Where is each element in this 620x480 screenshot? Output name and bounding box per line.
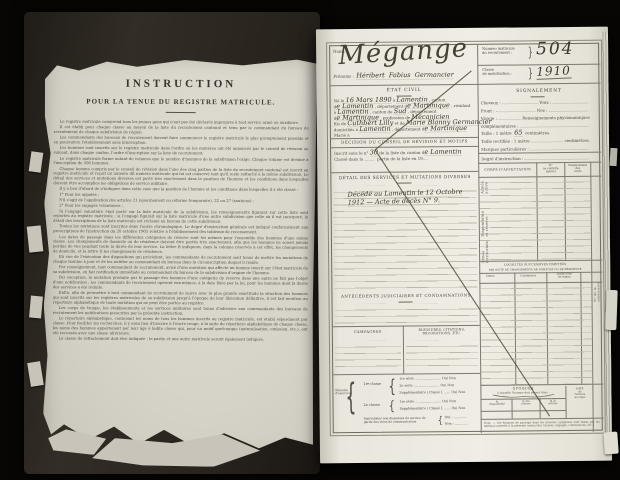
title-rule xyxy=(166,112,196,113)
register-form-page: Nom : Mégange Prénoms : Héribert Fabius … xyxy=(316,27,612,464)
instruction-body-text: Le registre matricule comprend tous les … xyxy=(52,119,309,456)
cancellation-pen-stroke xyxy=(330,44,604,435)
instruction-paragraph: Par renseignement, tout commandant de re… xyxy=(53,265,308,276)
matricule-form: Nom : Mégange Prénoms : Héribert Fabius … xyxy=(329,43,603,434)
instruction-paragraph: La classe de rattachement doit être indi… xyxy=(53,336,308,342)
instruction-title: INSTRUCTION xyxy=(45,77,317,90)
torn-paper-scrap xyxy=(27,225,44,252)
instruction-paragraph: Chaque homme compris par le conseil de r… xyxy=(53,167,308,188)
scanned-register-photo: INSTRUCTION POUR LA TENUE DU REGISTRE MA… xyxy=(0,0,620,480)
instruction-paragraph: En vue de l'exécution des dispositions q… xyxy=(53,255,308,266)
instruction-paragraph: Les commandants des bureaux de recruteme… xyxy=(54,135,309,146)
instruction-subtitle: POUR LA TENUE DU REGISTRE MATRICULE. xyxy=(45,97,317,106)
paper-tab xyxy=(603,432,619,455)
instruction-paragraph: Il est établi pour chaque classe au moye… xyxy=(54,125,309,136)
instruction-paragraph: Le répertoire alphabétique, contenant le… xyxy=(53,316,308,337)
instruction-paragraph: Le registre matricule forme autant de vo… xyxy=(53,156,308,167)
paper-tab xyxy=(605,290,617,330)
instruction-paragraph: Les dates de passage dans les différente… xyxy=(53,235,308,256)
torn-paper-scrap xyxy=(29,296,43,319)
instruction-paragraph: Enfin, afin de permettre à tout commanda… xyxy=(53,291,308,307)
instruction-paragraph: Par exception, la mutation produite par … xyxy=(53,275,308,291)
instruction-paragraph: Si l'engagé volontaire était porté sur l… xyxy=(53,209,308,225)
instruction-paragraph: Les corps de troupe, les établissements … xyxy=(53,306,308,317)
instruction-paragraph: Toutes les mutations sont inscrites dans… xyxy=(53,224,308,235)
instruction-page: INSTRUCTION POUR LA TENUE DU REGISTRE MA… xyxy=(43,55,317,458)
paper-tab xyxy=(610,148,618,166)
instruction-paragraph: Les hommes sont inscrits sur le registre… xyxy=(54,146,309,157)
